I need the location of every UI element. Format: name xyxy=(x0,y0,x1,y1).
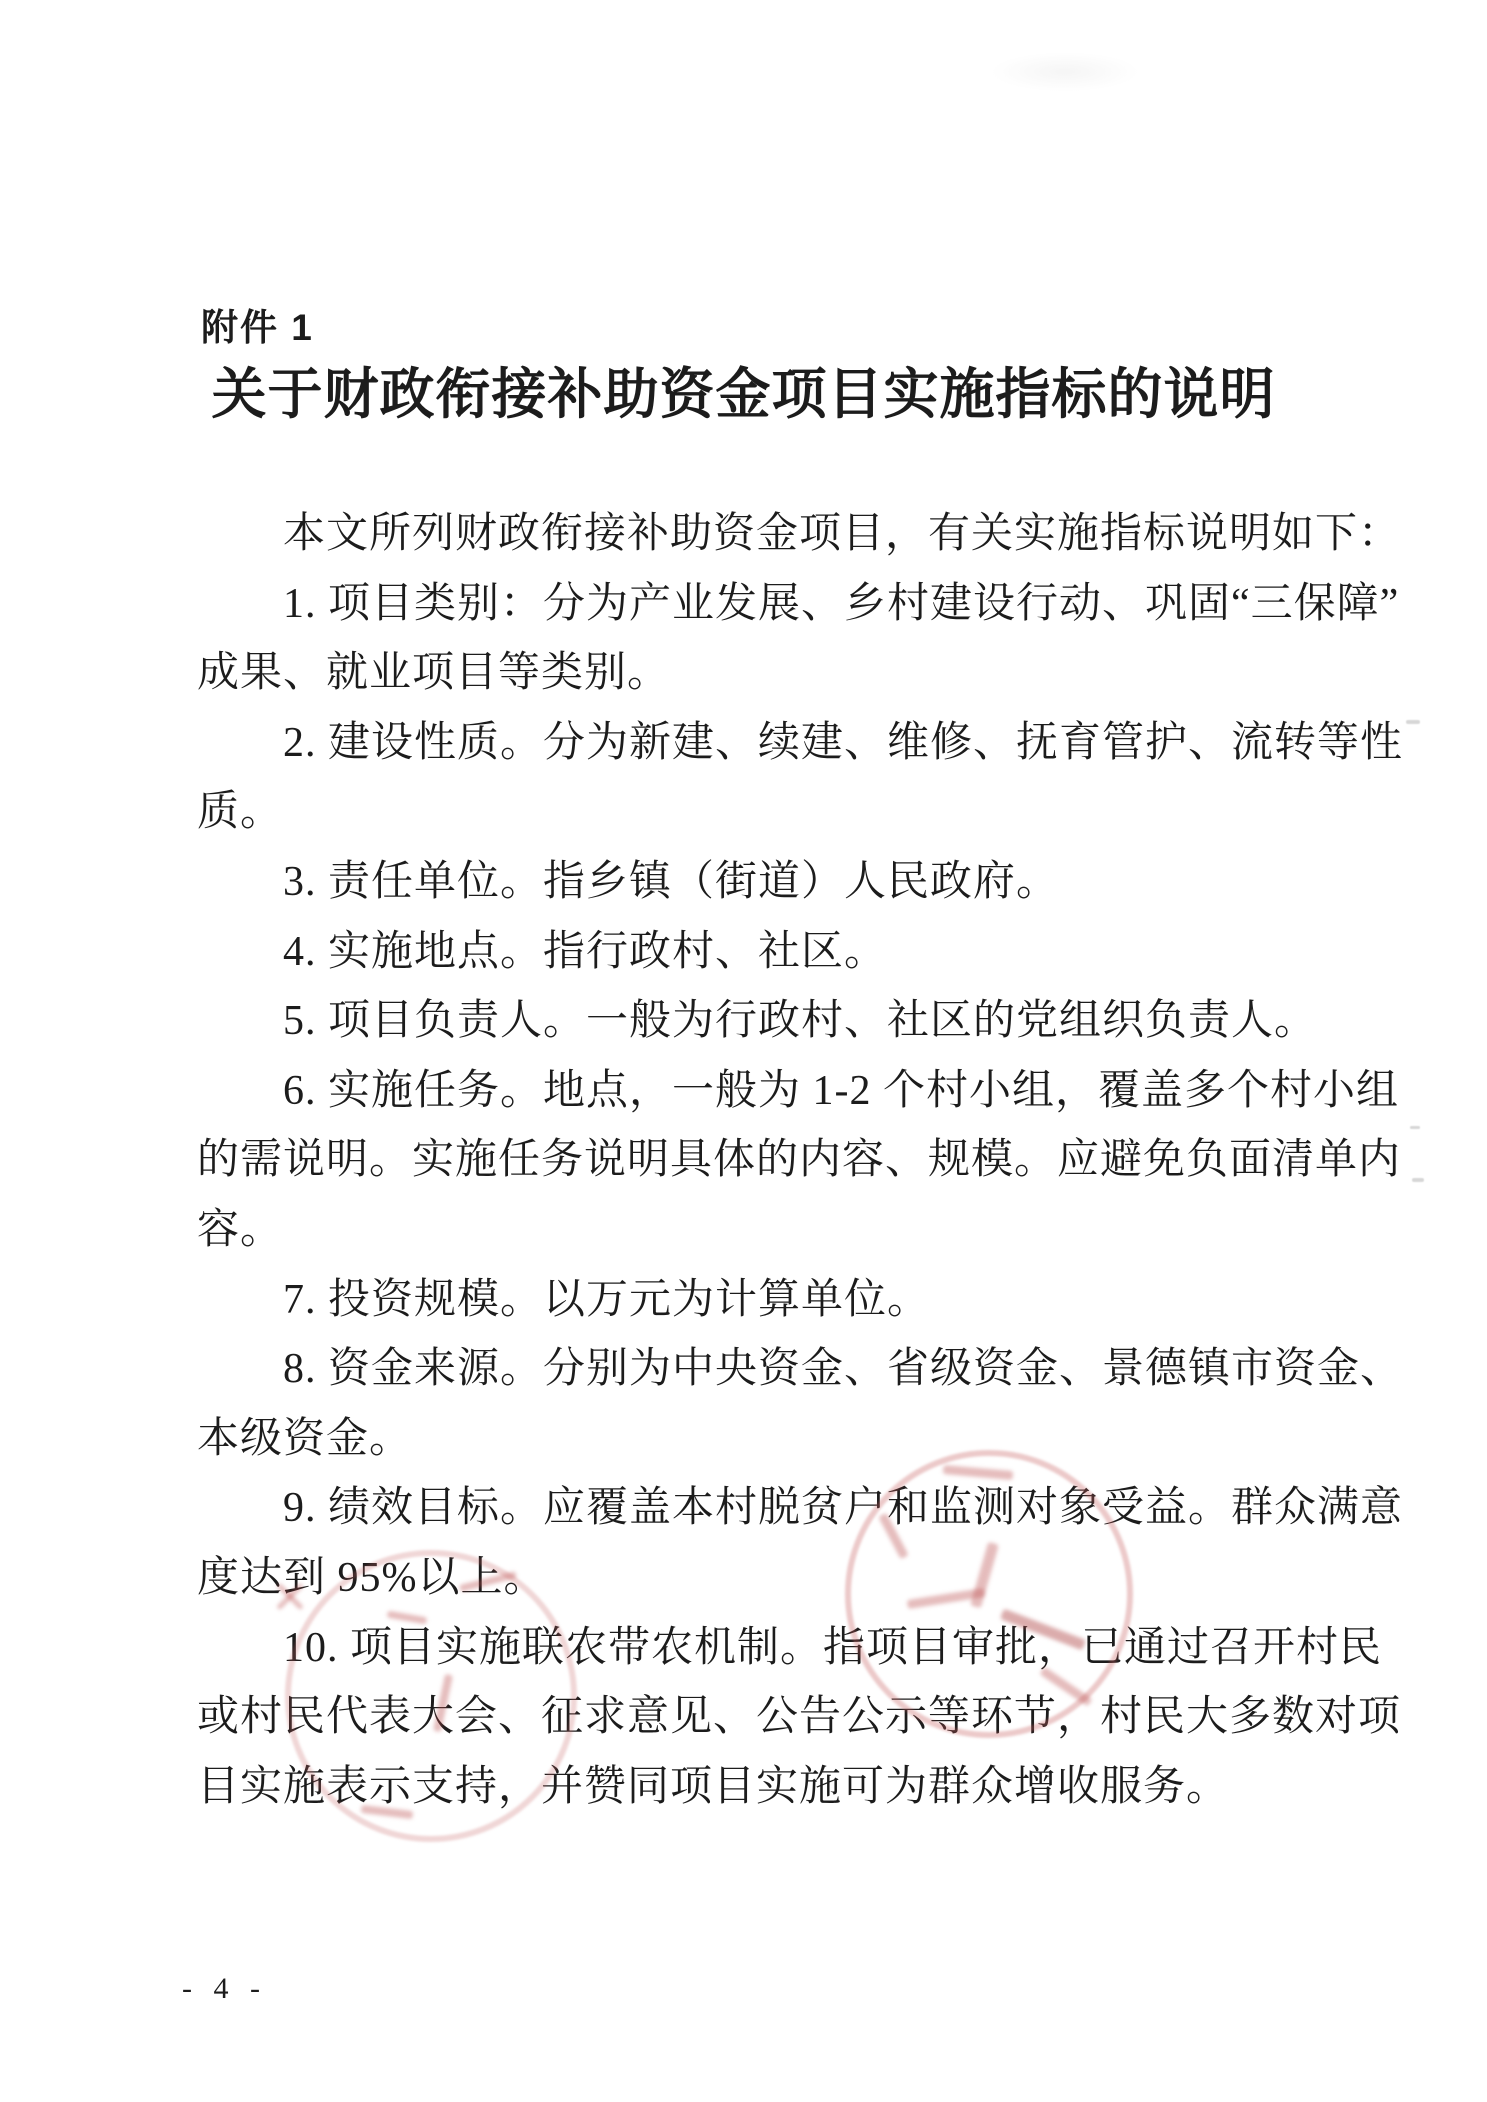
page-number: - 4 - xyxy=(182,1972,267,2006)
body-line: 2. 建设性质。分为新建、续建、维修、抚育管护、流转等性 xyxy=(197,709,1349,779)
seal-ink-mark xyxy=(943,1465,1014,1480)
body-line: 6. 实施任务。地点，一般为 1-2 个村小组，覆盖多个村小组 xyxy=(197,1057,1349,1127)
body-line: 本文所列财政衔接补助资金项目，有关实施指标说明如下： xyxy=(197,500,1349,570)
body-line: 7. 投资规模。以万元为计算单位。 xyxy=(197,1266,1349,1336)
body-line: 本级资金。 xyxy=(197,1405,1349,1475)
body-line: 5. 项目负责人。一般为行政村、社区的党组织负责人。 xyxy=(197,987,1349,1057)
body-line: 容。 xyxy=(197,1196,1349,1266)
attachment-label: 附件 1 xyxy=(201,297,314,351)
seal-ink-mark xyxy=(361,1805,414,1819)
scan-smudge xyxy=(990,52,1140,92)
scan-speck xyxy=(1410,1126,1420,1129)
body-line: 9. 绩效目标。应覆盖本村脱贫户和监测对象受益。群众满意 xyxy=(197,1474,1349,1544)
scan-speck xyxy=(1406,720,1420,724)
official-seal-stamp-left xyxy=(285,1550,577,1842)
seal-ink-mark xyxy=(433,1674,453,1732)
body-line: 成果、就业项目等类别。 xyxy=(197,639,1349,709)
body-line: 1. 项目类别：分为产业发展、乡村建设行动、巩固“三保障” xyxy=(197,570,1349,640)
seal-ink-mark xyxy=(459,1571,517,1592)
document-title: 关于财政衔接补助资金项目实施指标的说明 xyxy=(211,350,1275,429)
body-line: 8. 资金来源。分别为中央资金、省级资金、景德镇市资金、 xyxy=(197,1335,1349,1405)
seal-ink-mark xyxy=(1000,1609,1086,1651)
scan-speck xyxy=(1412,1178,1424,1182)
body-line: 的需说明。实施任务说明具体的内容、规模。应避免负面清单内 xyxy=(197,1126,1349,1196)
official-seal-stamp-right xyxy=(845,1450,1133,1738)
body-line: 4. 实施地点。指行政村、社区。 xyxy=(197,918,1349,988)
seal-ink-mark xyxy=(1039,1667,1092,1707)
document-page: 附件 1 关于财政衔接补助资金项目实施指标的说明 本文所列财政衔接补助资金项目，… xyxy=(0,0,1487,2102)
seal-ink-mark xyxy=(878,1513,908,1560)
seal-ink-mark xyxy=(387,1611,428,1625)
body-line: 3. 责任单位。指乡镇（街道）人民政府。 xyxy=(197,848,1349,918)
body-line: 质。 xyxy=(197,778,1349,848)
